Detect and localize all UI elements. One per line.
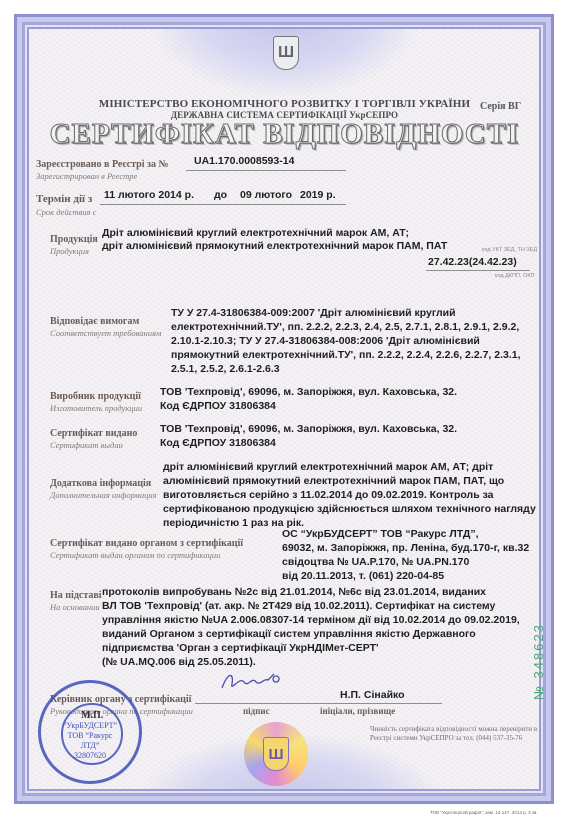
compliance-line-2: електротехнічний.ТУ', пп. 2.2.2, 2.2.3, … [171, 321, 519, 334]
signatory-name: Н.П. Сінайко [340, 689, 405, 702]
compliance-line-4: прямокутний електротехнічний.ТУ', пп. 2.… [171, 349, 521, 362]
validity-to-label: до [214, 189, 227, 202]
registry-number: UA1.170.0008593-14 [194, 155, 294, 168]
compliance-line-3: 2.10.1-2.10.3; ТУ У 27.4-31806384-008:20… [171, 335, 480, 348]
compliance-label-ru: Соответствует требованиям [50, 328, 161, 338]
issued-to-line-1: ТОВ 'Техпровід', 69096, м. Запоріжжя, ву… [160, 423, 457, 436]
basis-line-5: підприємства 'Орган з сертифікації УкрНД… [102, 642, 379, 655]
registry-label: Зареєстровано в Реєстрі за № [36, 159, 169, 170]
additional-line-2: алюмінієвий прямокутний електротехнічний… [163, 475, 504, 488]
certificate-title: СЕРТИФІКАТ ВІДПОВІДНОСТІ [0, 118, 569, 151]
manufacturer-line-2: Код ЄДРПОУ 31806384 [160, 400, 276, 413]
manufacturer-label-ru: Изготовитель продукции [50, 403, 142, 413]
stamp-mp: М.П. [81, 710, 103, 721]
validity-label: Термін дії з [36, 193, 92, 205]
compliance-label: Відповідає вимогам [50, 316, 139, 327]
issuer-body-line-4: від 20.11.2013, т. (061) 220-04-85 [282, 570, 444, 583]
product-label: Продукція [50, 234, 98, 245]
serial-number: № 348623 [531, 623, 546, 700]
stamp-line-3: 32807620 [58, 751, 122, 761]
additional-line-4: сертифікованою продукцією здійснюється ш… [163, 503, 536, 516]
series-label: Серія ВГ [480, 101, 521, 112]
basis-line-3: управління якістю №UA 2.006.08307-14 тер… [102, 614, 520, 627]
stamp-line-2: ТОВ “Ракурс ЛТД” [58, 731, 122, 751]
manufacturer-line-1: ТОВ 'Техпровід', 69096, м. Запоріжжя, ву… [160, 386, 457, 399]
registry-label-ru: Зарегистрирован в Реестре [36, 171, 137, 181]
signature-caption: підпис [243, 706, 270, 716]
issuer-body-line-2: 69032, м. Запоріжжя, пр. Леніна, буд.170… [282, 542, 529, 555]
issuer-body-line-1: ОС “УкрБУДСЕРТ” ТОВ “Ракурс ЛТД”, [282, 528, 479, 541]
product-code-label-top: код УКТ ЗЕД, ТН ЗЕД [482, 247, 537, 253]
registry-underline [186, 170, 346, 171]
additional-line-3: виготовляється серійно з 11.02.2014 до 0… [163, 489, 494, 502]
issuer-body-line-3: свідоцтва № UA.P.170, № UA.PN.170 [282, 556, 469, 569]
trident-icon: Ш [263, 737, 289, 771]
product-code-label-bottom: код ДКПП, ОКП [495, 273, 534, 279]
basis-line-4: виданий Органом з сертифікації систем уп… [102, 628, 476, 641]
issued-to-line-2: Код ЄДРПОУ 31806384 [160, 437, 276, 450]
product-code: 27.42.23(24.42.23) [428, 256, 517, 269]
basis-label: На підставі [50, 590, 102, 601]
product-line-2: дріт алюмінієвий прямокутний електротехн… [102, 240, 447, 253]
validity-label-ru: Срок действия с [36, 207, 96, 217]
signature-scribble [218, 668, 288, 694]
basis-line-1: протоколів випробувань №2с від 21.01.201… [102, 586, 486, 599]
verification-note: Чинність сертифіката відповідності можна… [370, 725, 540, 743]
validity-underline [100, 204, 346, 205]
hologram-seal: Ш [244, 722, 308, 786]
issuer-body-label: Сертифікат видано органом з сертифікації [50, 538, 243, 549]
validity-to-date: 09 лютого [240, 189, 292, 202]
validity-from: 11 лютого 2014 р. [104, 189, 194, 202]
issued-to-label: Сертифікат видано [50, 428, 137, 439]
signature-underline [195, 703, 442, 704]
serial-number-area: № 348623 [527, 600, 545, 700]
issued-to-label-ru: Сертификат выдан [50, 440, 123, 450]
compliance-line-5: 2.5.1, 2.5.2, 2.6.1-2.6.3 [171, 363, 280, 376]
product-code-underline [426, 270, 530, 271]
product-line-1: Дріт алюмінієвий круглий електротехнічни… [102, 227, 409, 240]
manufacturer-label: Виробник продукції [50, 391, 141, 402]
product-label-ru: Продукция [50, 246, 89, 256]
validity-to-year: 2019 р. [300, 189, 336, 202]
basis-label-ru: На основании [50, 602, 100, 612]
additional-line-1: дріт алюмінієвий круглий електротехнічни… [163, 461, 493, 474]
coat-of-arms-icon: Ш [273, 36, 299, 70]
additional-info-label: Додаткова інформація [50, 478, 151, 489]
additional-info-label-ru: Дополнительная информация [50, 490, 157, 500]
printer-note: ТОВ "Укрспецполіграфія", зам. 13-147, 20… [430, 810, 538, 815]
name-caption: ініціали, прізвище [320, 706, 395, 716]
basis-line-2: ВЛ ТОВ 'Техпровід' (ат. акр. № 2Т429 від… [102, 600, 495, 613]
issuer-body-label-ru: Сертификат выдан органом по сертификации [50, 550, 220, 560]
compliance-line-1: ТУ У 27.4-31806384-009:2007 'Дріт алюмін… [171, 307, 456, 320]
